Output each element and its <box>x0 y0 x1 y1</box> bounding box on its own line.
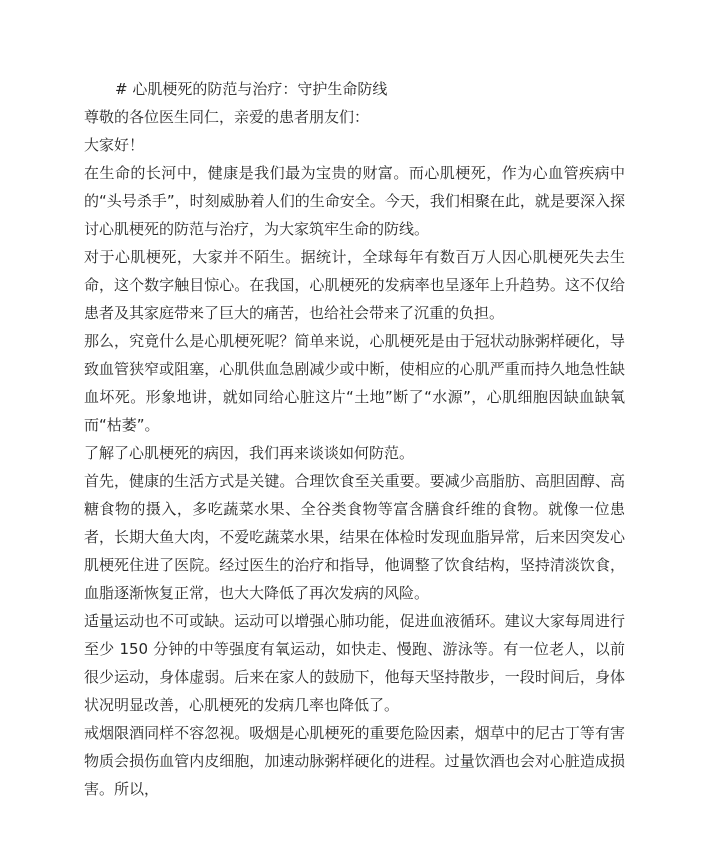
paragraph-definition: 那么，究竟什么是心肌梗死呢？简单来说，心肌梗死是由于冠状动脉粥样硬化，导致血管狭… <box>84 327 625 439</box>
paragraph-transition: 了解了心肌梗死的病因，我们再来谈谈如何防范。 <box>84 439 625 467</box>
paragraph-diet: 首先，健康的生活方式是关键。合理饮食至关重要。要减少高脂肪、高胆固醇、高糖食物的… <box>84 467 625 607</box>
document-page: # 心肌梗死的防范与治疗：守护生命防线 尊敬的各位医生同仁，亲爱的患者朋友们： … <box>0 0 708 841</box>
paragraph-smoking-alcohol: 戒烟限酒同样不容忽视。吸烟是心肌梗死的重要危险因素，烟草中的尼古丁等有害物质会损… <box>84 719 625 803</box>
paragraph-exercise: 适量运动也不可或缺。运动可以增强心肺功能，促进血液循环。建议大家每周进行至少 1… <box>84 607 625 719</box>
paragraph-salutation: 尊敬的各位医生同仁，亲爱的患者朋友们： <box>84 103 625 131</box>
paragraph-statistics: 对于心肌梗死，大家并不陌生。据统计，全球每年有数百万人因心肌梗死失去生命，这个数… <box>84 243 625 327</box>
paragraph-greeting: 大家好！ <box>84 131 625 159</box>
paragraph-intro: 在生命的长河中，健康是我们最为宝贵的财富。而心肌梗死，作为心血管疾病中的“头号杀… <box>84 159 625 243</box>
document-title: # 心肌梗死的防范与治疗：守护生命防线 <box>84 75 625 103</box>
